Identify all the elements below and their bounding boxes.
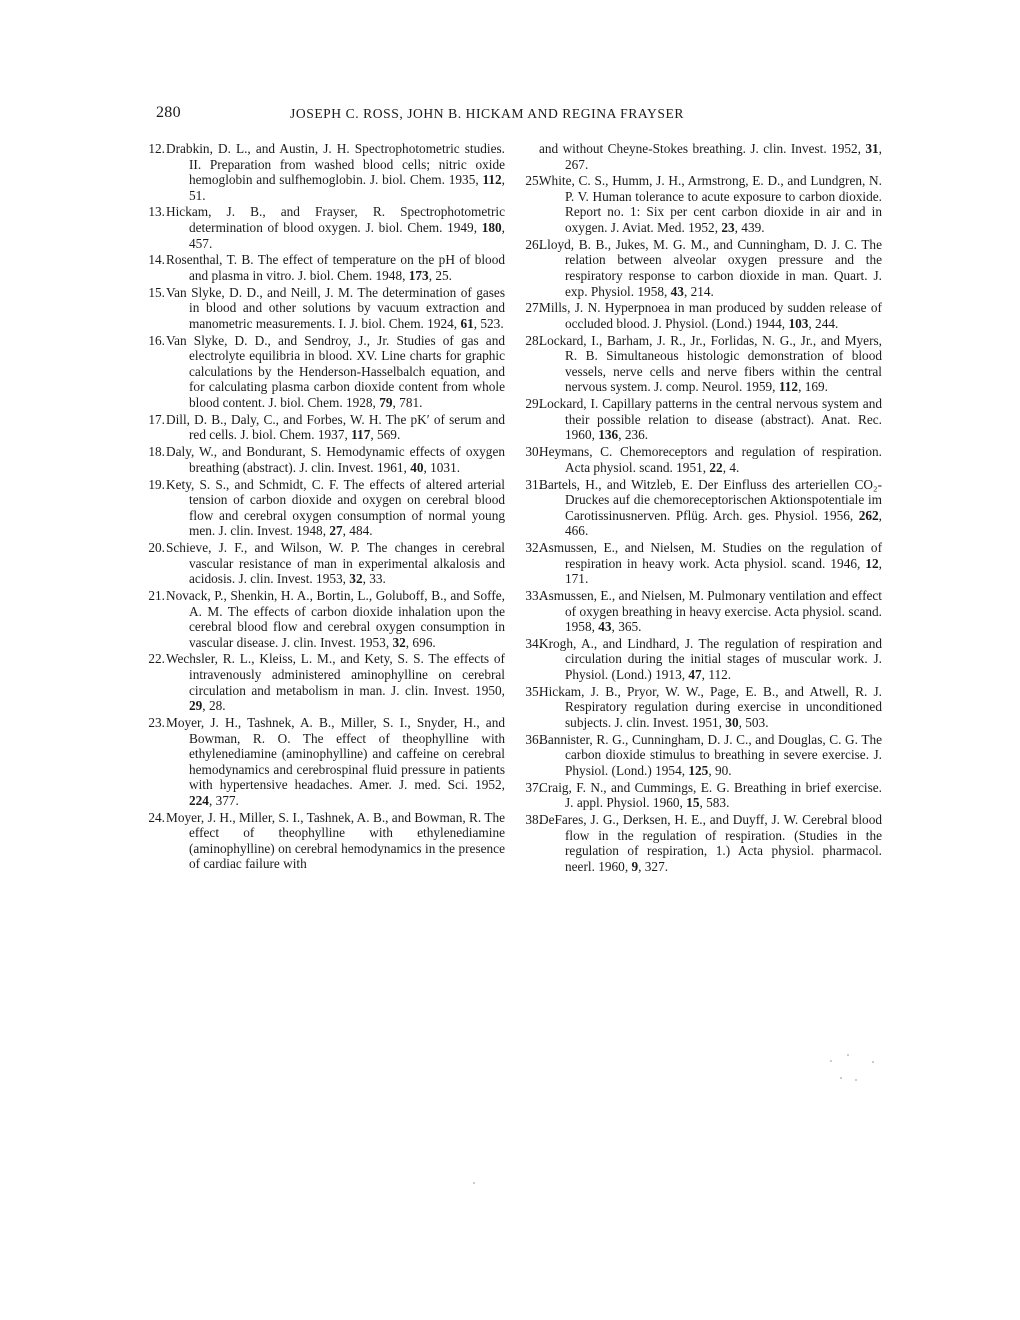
volume: 32 [392,635,405,650]
reference-text: Lockard, I., Barham, J. R., Jr., Forlida… [539,333,882,395]
reference-text: Moyer, J. H., Tashnek, A. B., Miller, S.… [166,715,505,792]
reference-number: 30. [520,444,542,460]
scan-speck [855,1079,857,1081]
reference-number: 23. [147,715,165,731]
volume: 15 [686,795,699,810]
reference-text: Wechsler, R. L., Kleiss, L. M., and Kety… [166,651,505,697]
reference-number: 22. [147,651,165,667]
scan-speck [840,1077,842,1079]
volume: 262 [859,508,879,523]
reference-text: Schieve, J. F., and Wilson, W. P. The ch… [166,540,505,586]
reference-number: 31. [520,477,542,493]
reference-entry: 33.Asmussen, E., and Nielsen, M. Pulmona… [520,588,882,635]
volume: 22 [709,460,722,475]
reference-number: 13. [147,204,165,220]
reference-number: 14. [147,252,165,268]
page-number: 280 [156,104,181,122]
reference-number: 36. [520,732,542,748]
reference-text: Asmussen, E., and Nielsen, M. Studies on… [539,540,882,571]
volume: 173 [409,268,429,283]
reference-number: 26. [520,237,542,253]
reference-number: 29. [520,396,542,412]
reference-number: 21. [147,588,165,604]
reference-text: Bartels, H., and Witzleb, E. Der Einflus… [539,477,882,523]
reference-number: 32. [520,540,542,556]
scan-speck [830,1060,832,1062]
reference-entry: 13.Hickam, J. B., and Frayser, R. Spectr… [147,204,505,251]
reference-text: Asmussen, E., and Nielsen, M. Pulmonary … [539,588,882,634]
reference-entry: 38.DeFares, J. G., Derksen, H. E., and D… [520,812,882,874]
volume: 117 [351,427,370,442]
reference-entry: 19.Kety, S. S., and Schmidt, C. F. The e… [147,477,505,539]
volume: 136 [598,427,618,442]
reference-entry: 14.Rosenthal, T. B. The effect of temper… [147,252,505,283]
reference-number: 24. [147,810,165,826]
reference-entry: 24.Moyer, J. H., Miller, S. I., Tashnek,… [147,810,505,872]
volume: 40 [410,460,423,475]
volume: 31 [865,141,878,156]
reference-entry: 29.Lockard, I. Capillary patterns in the… [520,396,882,443]
reference-entry: 28.Lockard, I., Barham, J. R., Jr., Forl… [520,333,882,395]
reference-entry: 18.Daly, W., and Bondurant, S. Hemodynam… [147,444,505,475]
reference-entry: 26.Lloyd, B. B., Jukes, M. G. M., and Cu… [520,237,882,299]
volume: 30 [725,715,738,730]
volume: 12 [865,556,878,571]
volume: 32 [349,571,362,586]
reference-entry: 23.Moyer, J. H., Tashnek, A. B., Miller,… [147,715,505,808]
volume: 47 [688,667,701,682]
reference-entry: 35.Hickam, J. B., Pryor, W. W., Page, E.… [520,684,882,731]
volume: 112 [779,379,798,394]
reference-number: 37. [520,780,542,796]
reference-entry: 17.Dill, D. B., Daly, C., and Forbes, W.… [147,412,505,443]
volume: 180 [482,220,502,235]
reference-text: Rosenthal, T. B. The effect of temperatu… [166,252,505,283]
reference-text: Van Slyke, D. D., and Sendroy, J., Jr. S… [166,333,505,410]
scan-speck [847,1054,849,1056]
volume: 79 [379,395,392,410]
reference-entry: 21.Novack, P., Shenkin, H. A., Bortin, L… [147,588,505,650]
reference-entry: 15.Van Slyke, D. D., and Neill, J. M. Th… [147,285,505,332]
reference-entry: 25.White, C. S., Humm, J. H., Armstrong,… [520,173,882,235]
reference-number: 17. [147,412,165,428]
reference-text: Hickam, J. B., Pryor, W. W., Page, E. B.… [539,684,882,730]
reference-text: Hickam, J. B., and Frayser, R. Spectroph… [166,204,505,235]
reference-entry: 30.Heymans, C. Chemoreceptors and regula… [520,444,882,475]
reference-column-right: and without Cheyne-Stokes breathing. J. … [520,141,882,876]
scan-speck [473,1182,475,1184]
reference-column-left: 12.Drabkin, D. L., and Austin, J. H. Spe… [147,141,505,873]
volume: 43 [598,619,611,634]
reference-text: Lockard, I. Capillary patterns in the ce… [539,396,882,442]
reference-entry: 12.Drabkin, D. L., and Austin, J. H. Spe… [147,141,505,203]
reference-number: 34. [520,636,542,652]
volume: 23 [721,220,734,235]
reference-number: 25. [520,173,542,189]
reference-number: 38. [520,812,542,828]
reference-text: Van Slyke, D. D., and Neill, J. M. The d… [166,285,505,331]
volume: 112 [482,172,501,187]
running-head: JOSEPH C. ROSS, JOHN B. HICKAM AND REGIN… [290,106,770,122]
volume: 125 [688,763,708,778]
reference-text: Dill, D. B., Daly, C., and Forbes, W. H.… [166,412,505,443]
reference-entry: 36.Bannister, R. G., Cunningham, D. J. C… [520,732,882,779]
volume: 61 [460,316,473,331]
volume: 29 [189,698,202,713]
reference-entry: 37.Craig, F. N., and Cummings, E. G. Bre… [520,780,882,811]
reference-entry: 20.Schieve, J. F., and Wilson, W. P. The… [147,540,505,587]
reference-entry: 34.Krogh, A., and Lindhard, J. The regul… [520,636,882,683]
reference-text: Drabkin, D. L., and Austin, J. H. Spectr… [166,141,505,187]
reference-number: 28. [520,333,542,349]
reference-number: 12. [147,141,165,157]
volume: 27 [329,523,342,538]
reference-number: 15. [147,285,165,301]
reference-text: Novack, P., Shenkin, H. A., Bortin, L., … [166,588,505,650]
reference-number: 35. [520,684,542,700]
reference-entry: 32.Asmussen, E., and Nielsen, M. Studies… [520,540,882,587]
volume: 43 [671,284,684,299]
reference-number: 16. [147,333,165,349]
reference-text: Moyer, J. H., Miller, S. I., Tashnek, A.… [166,810,505,872]
reference-entry: 31.Bartels, H., and Witzleb, E. Der Einf… [520,477,882,539]
reference-text: White, C. S., Humm, J. H., Armstrong, E.… [539,173,882,235]
reference-number: 18. [147,444,165,460]
reference-entry: 22.Wechsler, R. L., Kleiss, L. M., and K… [147,651,505,713]
scan-speck [872,1061,874,1063]
reference-number: 20. [147,540,165,556]
reference-number: 33. [520,588,542,604]
reference-text: DeFares, J. G., Derksen, H. E., and Duyf… [539,812,882,874]
reference-entry: 27.Mills, J. N. Hyperpnoea in man produc… [520,300,882,331]
reference-number: 27. [520,300,542,316]
volume: 224 [189,793,209,808]
reference-entry: 16.Van Slyke, D. D., and Sendroy, J., Jr… [147,333,505,411]
reference-number: 19. [147,477,165,493]
reference-continuation: and without Cheyne-Stokes breathing. J. … [520,141,882,172]
volume: 103 [788,316,808,331]
